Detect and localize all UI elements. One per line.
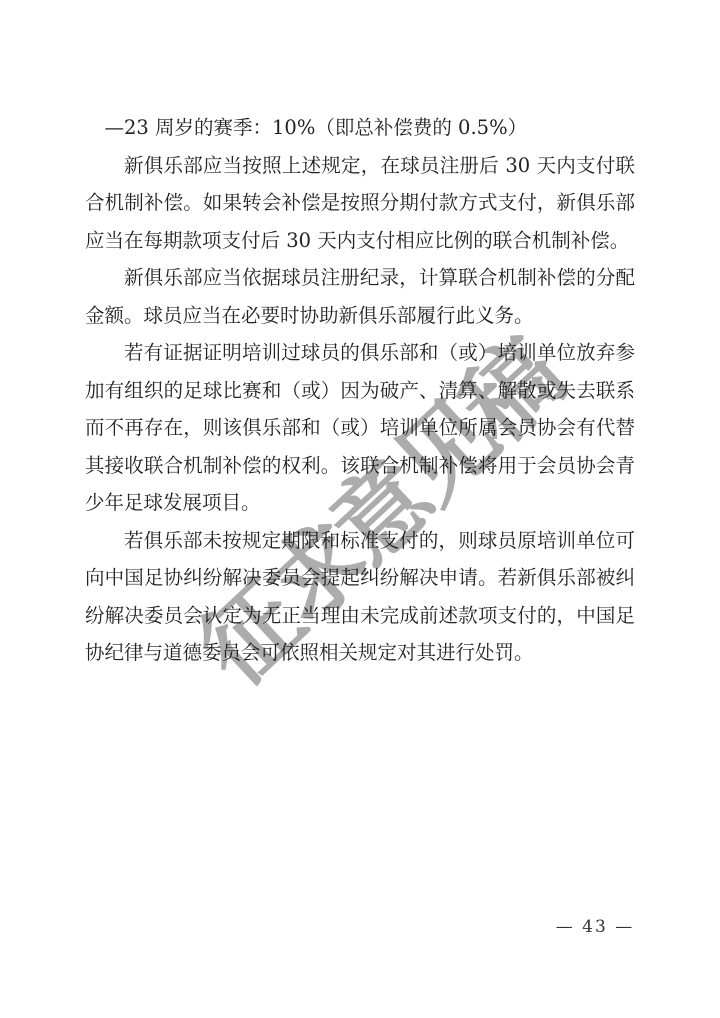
- page-number: — 43 —: [540, 917, 650, 937]
- body-paragraph-5: 若俱乐部未按规定期限和标准支付的，则球员原培训单位可向中国足协纠纷解决委员会提起…: [85, 522, 635, 672]
- body-paragraph-1: —23 周岁的赛季：10%（即总补偿费的 0.5%）: [85, 109, 635, 147]
- document-body: —23 周岁的赛季：10%（即总补偿费的 0.5%） 新俱乐部应当按照上述规定，…: [85, 109, 635, 672]
- body-paragraph-3: 新俱乐部应当依据球员注册纪录，计算联合机制补偿的分配金额。球员应当在必要时协助新…: [85, 259, 635, 334]
- document-page: 征求意见稿 —23 周岁的赛季：10%（即总补偿费的 0.5%） 新俱乐部应当按…: [0, 0, 720, 1018]
- body-paragraph-2: 新俱乐部应当按照上述规定，在球员注册后 30 天内支付联合机制补偿。如果转会补偿…: [85, 147, 635, 260]
- body-paragraph-4: 若有证据证明培训过球员的俱乐部和（或）培训单位放弃参加有组织的足球比赛和（或）因…: [85, 334, 635, 522]
